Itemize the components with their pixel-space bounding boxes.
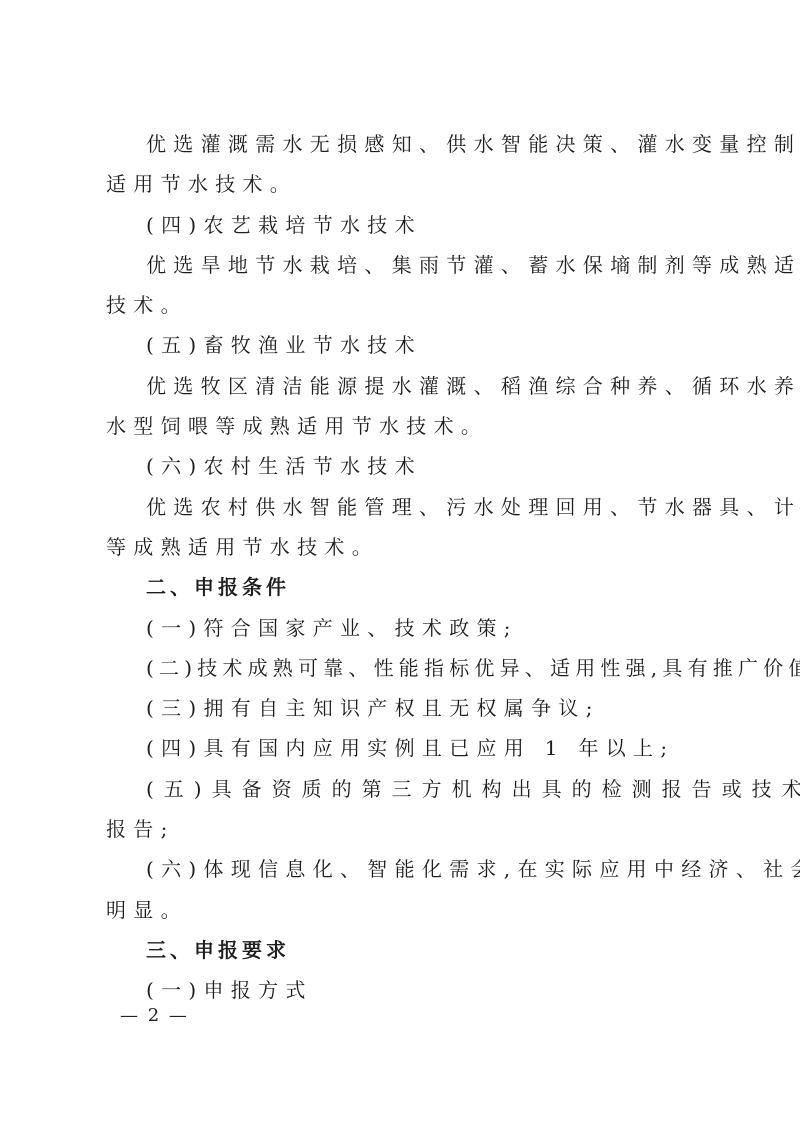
subheading: (六)农村生活节水技术 bbox=[106, 446, 706, 486]
paragraph-line: 适用节水技术。 bbox=[106, 164, 706, 204]
list-item: (五)具备资质的第三方机构出具的检测报告或技术评估 bbox=[106, 769, 706, 809]
subheading: (五)畜牧渔业节水技术 bbox=[106, 325, 706, 365]
list-item-continuation: 报告; bbox=[106, 809, 706, 849]
subheading: (四)农艺栽培节水技术 bbox=[106, 205, 706, 245]
list-item: (二)技术成熟可靠、性能指标优异、适用性强,具有推广价值; bbox=[106, 648, 706, 688]
page-number: — 2 — bbox=[120, 1005, 189, 1026]
paragraph-line: 优选农村供水智能管理、污水处理回用、节水器具、计量收费 bbox=[106, 487, 706, 527]
list-item: (一)符合国家产业、技术政策; bbox=[106, 608, 706, 648]
paragraph-line: 等成熟适用节水技术。 bbox=[106, 527, 706, 567]
section-heading: 二、申报条件 bbox=[106, 567, 706, 607]
paragraph-line: 优选灌溉需水无损感知、供水智能决策、灌水变量控制等成熟 bbox=[106, 124, 706, 164]
subheading: (一)申报方式 bbox=[106, 970, 706, 1010]
list-item: (四)具有国内应用实例且已应用 1 年以上; bbox=[106, 728, 706, 768]
list-item: (三)拥有自主知识产权且无权属争议; bbox=[106, 688, 706, 728]
list-item: (六)体现信息化、智能化需求,在实际应用中经济、社会效益 bbox=[106, 849, 706, 889]
paragraph-line: 优选旱地节水栽培、集雨节灌、蓄水保墒制剂等成熟适用节水 bbox=[106, 245, 706, 285]
document-body: 优选灌溉需水无损感知、供水智能决策、灌水变量控制等成熟 适用节水技术。 (四)农… bbox=[106, 124, 706, 1011]
section-heading: 三、申报要求 bbox=[106, 930, 706, 970]
paragraph-line: 技术。 bbox=[106, 285, 706, 325]
list-item-continuation: 明显。 bbox=[106, 890, 706, 930]
paragraph-line: 水型饲喂等成熟适用节水技术。 bbox=[106, 406, 706, 446]
paragraph-line: 优选牧区清洁能源提水灌溉、稻渔综合种养、循环水养殖、节 bbox=[106, 366, 706, 406]
